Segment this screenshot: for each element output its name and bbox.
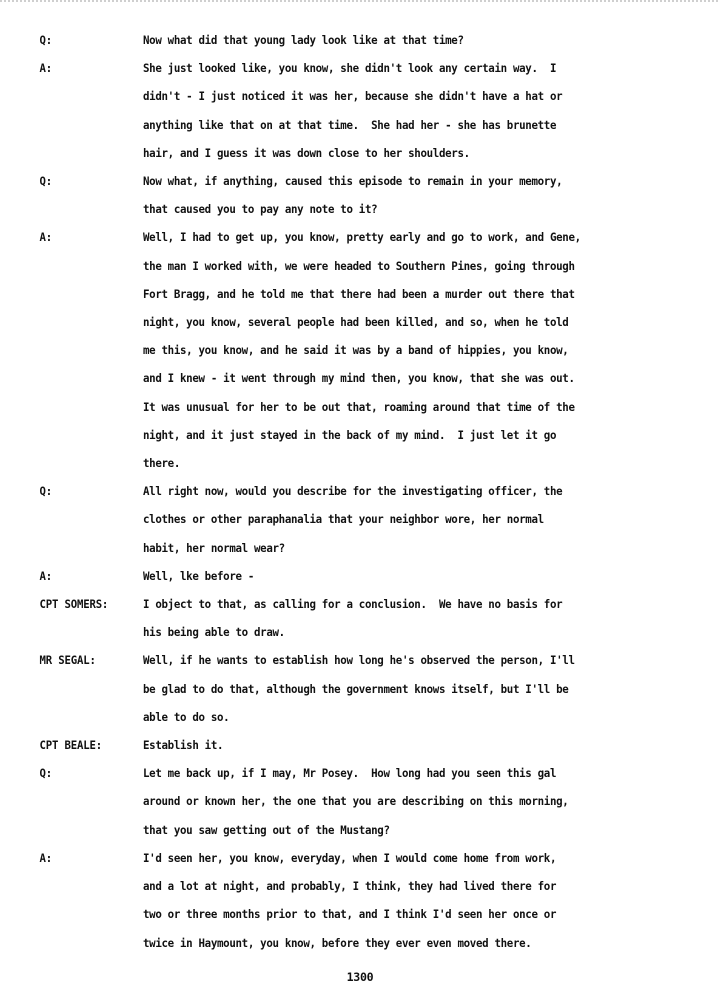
speech-line: Well, I had to get up, you know, pretty … [143, 223, 661, 251]
speech-line: hair, and I guess it was down close to h… [143, 139, 661, 167]
speech-line: and a lot at night, and probably, I thin… [143, 872, 661, 900]
speaker-label: A: [0, 223, 132, 251]
speaker-label: Q: [0, 759, 132, 787]
transcript-entry: Q:Now what, if anything, caused this epi… [0, 167, 720, 223]
transcript-entry: Q:Let me back up, if I may, Mr Posey. Ho… [0, 759, 720, 844]
speech-line: able to do so. [143, 703, 661, 731]
speech-line: that you saw getting out of the Mustang? [143, 816, 661, 844]
speaker-label: Q: [0, 26, 132, 54]
speech-line: habit, her normal wear? [143, 534, 661, 562]
scan-top-border [0, 0, 720, 2]
speech-text: I'd seen her, you know, everyday, when I… [143, 844, 720, 957]
speaker-label: A: [0, 54, 132, 82]
transcript-entry: A:Well, I had to get up, you know, prett… [0, 223, 720, 477]
speaker-label: Q: [0, 167, 132, 195]
speech-line: Well, lke before - [143, 562, 661, 590]
speech-line: Now what did that young lady look like a… [143, 26, 661, 54]
speaker-label: CPT BEALE: [0, 731, 132, 759]
speech-text: Now what did that young lady look like a… [143, 26, 720, 54]
speech-line: night, and it just stayed in the back of… [143, 421, 661, 449]
page-number: 1300 [0, 970, 720, 984]
speech-line: night, you know, several people had been… [143, 308, 661, 336]
speech-line: Now what, if anything, caused this episo… [143, 167, 661, 195]
speech-line: twice in Haymount, you know, before they… [143, 929, 661, 957]
transcript-entry: Q:All right now, would you describe for … [0, 477, 720, 562]
speech-line: All right now, would you describe for th… [143, 477, 661, 505]
speech-line: It was unusual for her to be out that, r… [143, 393, 661, 421]
speech-line: the man I worked with, we were headed to… [143, 252, 661, 280]
speaker-label: A: [0, 844, 132, 872]
speech-text: She just looked like, you know, she didn… [143, 54, 720, 167]
speech-text: Well, lke before - [143, 562, 720, 590]
speech-line: be glad to do that, although the governm… [143, 675, 661, 703]
transcript-entry: A:She just looked like, you know, she di… [0, 54, 720, 167]
speech-text: Well, if he wants to establish how long … [143, 646, 720, 731]
transcript-page: Q:Now what did that young lady look like… [0, 26, 720, 957]
transcript-entry: Q:Now what did that young lady look like… [0, 26, 720, 54]
speaker-label: Q: [0, 477, 132, 505]
speech-line: didn't - I just noticed it was her, beca… [143, 82, 661, 110]
speech-text: Now what, if anything, caused this episo… [143, 167, 720, 223]
transcript-entry: A:Well, lke before - [0, 562, 720, 590]
speech-line: and I knew - it went through my mind the… [143, 364, 661, 392]
transcript-entry: CPT BEALE:Establish it. [0, 731, 720, 759]
speech-line: Well, if he wants to establish how long … [143, 646, 661, 674]
speech-line: I object to that, as calling for a concl… [143, 590, 661, 618]
speech-line: anything like that on at that time. She … [143, 111, 661, 139]
speech-line: clothes or other paraphanalia that your … [143, 505, 661, 533]
speaker-label: CPT SOMERS: [0, 590, 132, 618]
speaker-label: MR SEGAL: [0, 646, 132, 674]
speech-text: Well, I had to get up, you know, pretty … [143, 223, 720, 477]
speech-line: me this, you know, and he said it was by… [143, 336, 661, 364]
speaker-label: A: [0, 562, 132, 590]
speech-line: there. [143, 449, 661, 477]
speech-line: Fort Bragg, and he told me that there ha… [143, 280, 661, 308]
speech-text: Establish it. [143, 731, 720, 759]
speech-text: Let me back up, if I may, Mr Posey. How … [143, 759, 720, 844]
speech-line: She just looked like, you know, she didn… [143, 54, 661, 82]
transcript-entry: MR SEGAL:Well, if he wants to establish … [0, 646, 720, 731]
speech-line: around or known her, the one that you ar… [143, 787, 661, 815]
speech-line: Establish it. [143, 731, 661, 759]
speech-line: Let me back up, if I may, Mr Posey. How … [143, 759, 661, 787]
transcript-entry: A:I'd seen her, you know, everyday, when… [0, 844, 720, 957]
transcript-entry: CPT SOMERS:I object to that, as calling … [0, 590, 720, 646]
speech-line: I'd seen her, you know, everyday, when I… [143, 844, 661, 872]
speech-line: that caused you to pay any note to it? [143, 195, 661, 223]
speech-text: I object to that, as calling for a concl… [143, 590, 720, 646]
speech-line: his being able to draw. [143, 618, 661, 646]
speech-line: two or three months prior to that, and I… [143, 900, 661, 928]
speech-text: All right now, would you describe for th… [143, 477, 720, 562]
